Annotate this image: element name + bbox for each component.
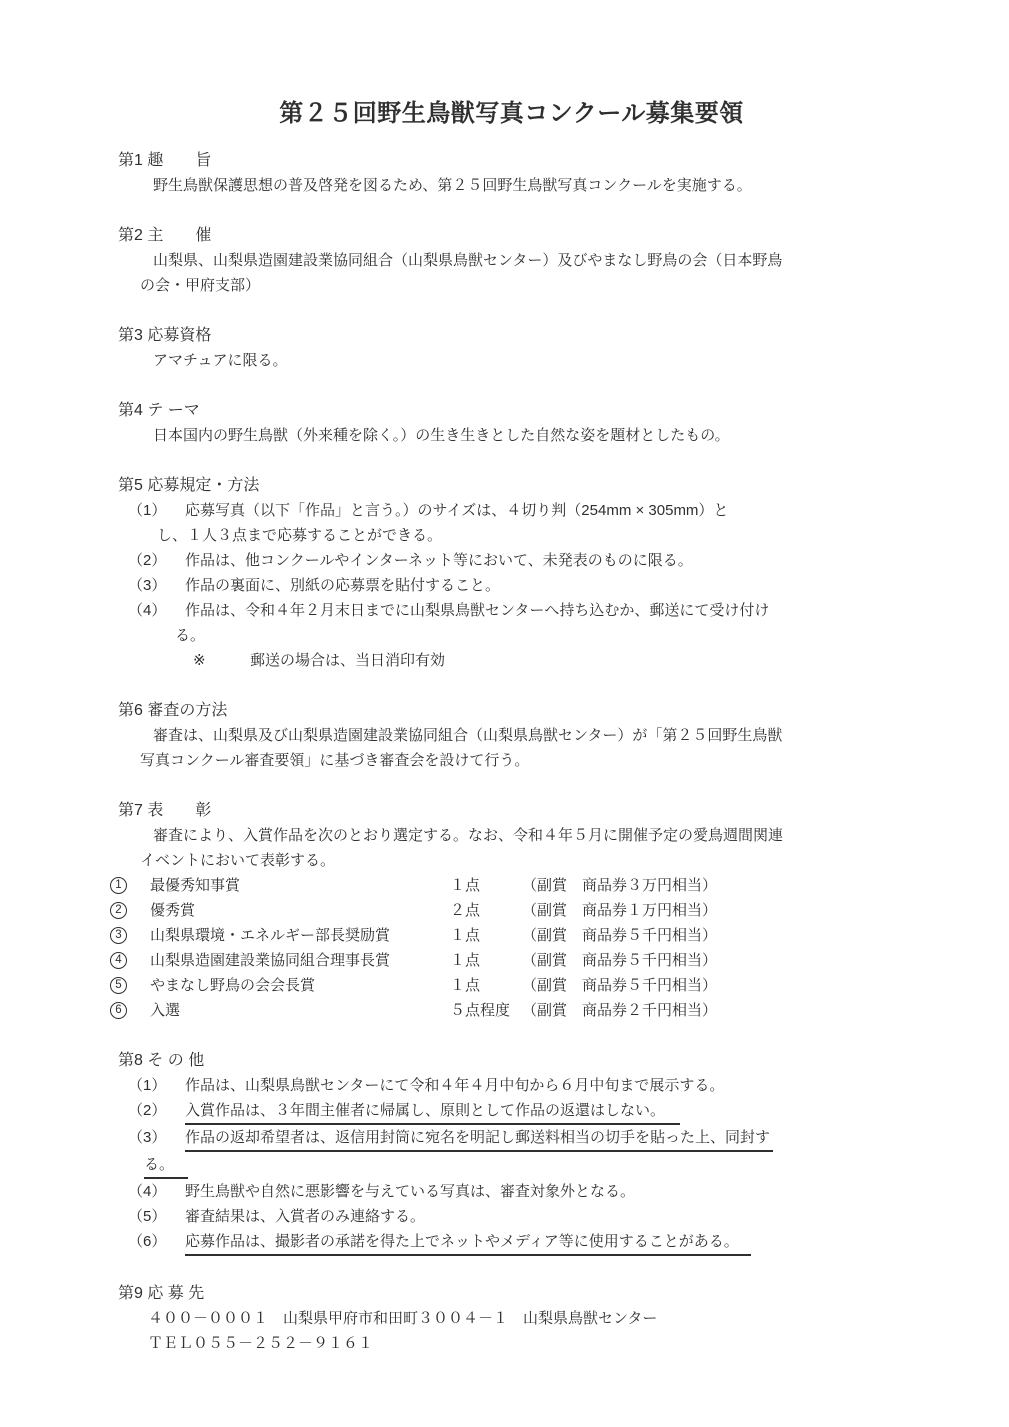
postal-address: ４００－０００１ 山梨県甲府市和田町３００４－１ 山梨県鳥獣センター [148, 1306, 905, 1331]
section-6-heading: 第6 審査の方法 [118, 698, 905, 723]
section-5-item-4: （4） 作品は、令和４年２月末日までに山梨県鳥獣センターへ持ち込むか、郵送にて受… [128, 598, 905, 623]
section-7-awards: 第7 表 彰 審査により、入賞作品を次のとおり選定する。なお、令和４年５月に開催… [118, 798, 905, 1023]
section-5-rules: 第5 応募規定・方法 （1） 応募写真（以下「作品」と言う。）のサイズは、４切り… [118, 473, 905, 673]
item-text-underlined: 応募作品は、撮影者の承諾を得た上でネットやメディア等に使用することがある。 [185, 1229, 751, 1256]
item-text-underlined: る。 [144, 1152, 188, 1179]
award-row: 5 やまなし野鳥の会会長賞 １点 （副賞 商品券５千円相当） [110, 973, 905, 998]
section-7-body-line-2: イベントにおいて表彰する。 [140, 848, 905, 873]
section-8-item-6: （6） 応募作品は、撮影者の承諾を得た上でネットやメディア等に使用することがある… [128, 1229, 905, 1256]
section-2-organizer: 第2 主 催 山梨県、山梨県造園建設業協同組合（山梨県鳥獣センター）及びやまなし… [118, 223, 905, 298]
circled-number-badge: 2 [110, 902, 127, 919]
section-7-body-line-1: 審査により、入賞作品を次のとおり選定する。なお、令和４年５月に開催予定の愛鳥週間… [153, 823, 905, 848]
award-name: 入選 [150, 998, 450, 1023]
section-7-heading: 第7 表 彰 [118, 798, 905, 823]
section-1-heading: 第1 趣 旨 [118, 148, 905, 173]
document-page: 第２５回野生鳥獣写真コンクール募集要領 第1 趣 旨 野生鳥獣保護思想の普及啓発… [0, 0, 1009, 1427]
section-5-item-1: （1） 応募写真（以下「作品」と言う。）のサイズは、４切り判（254mm × 3… [128, 498, 905, 523]
item-number-marker: （2） [128, 1098, 185, 1125]
award-row: 6 入選 ５点程度 （副賞 商品券２千円相当） [110, 998, 905, 1023]
award-count: ５点程度 [450, 998, 522, 1023]
item-number-marker: （2） [128, 548, 185, 573]
item-text: 作品は、令和４年２月末日までに山梨県鳥獣センターへ持ち込むか、郵送にて受け付け [185, 598, 769, 623]
section-6-body-line-1: 審査は、山梨県及び山梨県造園建設業協同組合（山梨県鳥獣センター）が「第２５回野生… [153, 723, 905, 748]
item-number-marker: （1） [128, 498, 185, 523]
award-row: 4 山梨県造園建設業協同組合理事長賞 １点 （副賞 商品券５千円相当） [110, 948, 905, 973]
award-name: 優秀賞 [150, 898, 450, 923]
page-title: 第２５回野生鳥獣写真コンクール募集要領 [118, 97, 905, 130]
circled-number-badge: 1 [110, 877, 127, 894]
section-4-theme: 第4 テ ーマ 日本国内の野生鳥獣（外来種を除く。）の生き生きとした自然な姿を題… [118, 398, 905, 448]
item-number-marker: （3） [128, 573, 185, 598]
section-8-item-1: （1） 作品は、山梨県鳥獣センターにて令和４年４月中旬から６月中旬まで展示する。 [128, 1073, 905, 1098]
award-count: １点 [450, 873, 522, 898]
section-1-body-line-1: 野生鳥獣保護思想の普及啓発を図るため、第２５回野生鳥獣写真コンクールを実施する。 [153, 173, 905, 198]
item-number-marker: （5） [128, 1204, 185, 1229]
section-4-body-line-1: 日本国内の野生鳥獣（外来種を除く。）の生き生きとした自然な姿を題材としたもの。 [153, 423, 905, 448]
section-3-body-line-1: アマチュアに限る。 [153, 348, 905, 373]
section-8-item-5: （5） 審査結果は、入賞者のみ連絡する。 [128, 1204, 905, 1229]
section-5-item-2: （2） 作品は、他コンクールやインターネット等において、未発表のものに限る。 [128, 548, 905, 573]
item-text: 作品の裏面に、別紙の応募票を貼付すること。 [185, 573, 500, 598]
award-prize: （副賞 商品券５千円相当） [522, 948, 905, 973]
section-8-heading: 第8 そ の 他 [118, 1048, 905, 1073]
award-count: １点 [450, 923, 522, 948]
item-text: 審査結果は、入賞者のみ連絡する。 [185, 1204, 425, 1229]
section-5-heading: 第5 応募規定・方法 [118, 473, 905, 498]
award-row: 3 山梨県環境・エネルギー部長奨励賞 １点 （副賞 商品券５千円相当） [110, 923, 905, 948]
item-number-marker: （6） [128, 1229, 185, 1256]
item-number-marker: （1） [128, 1073, 185, 1098]
award-name: 山梨県環境・エネルギー部長奨励賞 [150, 923, 450, 948]
item-text-underlined: 入賞作品は、３年間主催者に帰属し、原則として作品の返還はしない。 [185, 1098, 680, 1125]
section-4-heading: 第4 テ ーマ [118, 398, 905, 423]
section-8-item-3-continuation: る。 [144, 1152, 905, 1179]
circled-number-badge: 3 [110, 927, 127, 944]
award-count: １点 [450, 973, 522, 998]
item-text: 野生鳥獣や自然に悪影響を与えている写真は、審査対象外となる。 [185, 1179, 635, 1204]
section-3-eligibility: 第3 応募資格 アマチュアに限る。 [118, 323, 905, 373]
section-9-submission-address: 第9 応 募 先 ４００－０００１ 山梨県甲府市和田町３００４－１ 山梨県鳥獣セ… [118, 1281, 905, 1356]
section-5-item-3: （3） 作品の裏面に、別紙の応募票を貼付すること。 [128, 573, 905, 598]
section-2-body-line-1: 山梨県、山梨県造園建設業協同組合（山梨県鳥獣センター）及びやまなし野鳥の会（日本… [153, 248, 905, 273]
telephone-number: ＴＥＬ０５５－２５２－９１６１ [148, 1331, 905, 1356]
asterisk-note-icon: ※ [193, 648, 250, 673]
section-2-heading: 第2 主 催 [118, 223, 905, 248]
item-text: 作品は、他コンクールやインターネット等において、未発表のものに限る。 [185, 548, 693, 573]
award-count: ２点 [450, 898, 522, 923]
circled-number-badge: 6 [110, 1002, 127, 1019]
section-2-body-line-2: の会・甲府支部） [140, 273, 905, 298]
award-name: 最優秀知事賞 [150, 873, 450, 898]
circled-number-badge: 5 [110, 977, 127, 994]
award-row: 1 最優秀知事賞 １点 （副賞 商品券３万円相当） [110, 873, 905, 898]
section-6-judging: 第6 審査の方法 審査は、山梨県及び山梨県造園建設業協同組合（山梨県鳥獣センター… [118, 698, 905, 773]
award-prize: （副賞 商品券３万円相当） [522, 873, 905, 898]
section-8-item-2: （2） 入賞作品は、３年間主催者に帰属し、原則として作品の返還はしない。 [128, 1098, 905, 1125]
award-prize: （副賞 商品券５千円相当） [522, 973, 905, 998]
award-prize: （副賞 商品券２千円相当） [522, 998, 905, 1023]
section-6-body-line-2: 写真コンクール審査要領」に基づき審査会を設けて行う。 [140, 748, 905, 773]
item-number-marker: （3） [128, 1125, 185, 1152]
award-count: １点 [450, 948, 522, 973]
award-name: やまなし野鳥の会会長賞 [150, 973, 450, 998]
item-text-underlined: 作品の返却希望者は、返信用封筒に宛名を明記し郵送料相当の切手を貼った上、同封す [185, 1125, 773, 1152]
circled-number-badge: 4 [110, 952, 127, 969]
award-name: 山梨県造園建設業協同組合理事長賞 [150, 948, 450, 973]
section-5-note: ※ 郵送の場合は、当日消印有効 [193, 648, 905, 673]
section-8-item-4: （4） 野生鳥獣や自然に悪影響を与えている写真は、審査対象外となる。 [128, 1179, 905, 1204]
item-number-marker: （4） [128, 1179, 185, 1204]
section-8-other: 第8 そ の 他 （1） 作品は、山梨県鳥獣センターにて令和４年４月中旬から６月… [118, 1048, 905, 1256]
item-text: 応募写真（以下「作品」と言う。）のサイズは、４切り判（254mm × 305mm… [185, 498, 728, 523]
section-5-item-4-continuation: る。 [175, 623, 905, 648]
note-text: 郵送の場合は、当日消印有効 [250, 648, 445, 673]
section-3-heading: 第3 応募資格 [118, 323, 905, 348]
award-prize: （副賞 商品券５千円相当） [522, 923, 905, 948]
section-1-purpose: 第1 趣 旨 野生鳥獣保護思想の普及啓発を図るため、第２５回野生鳥獣写真コンクー… [118, 148, 905, 198]
item-number-marker: （4） [128, 598, 185, 623]
section-9-heading: 第9 応 募 先 [118, 1281, 905, 1306]
item-text: 作品は、山梨県鳥獣センターにて令和４年４月中旬から６月中旬まで展示する。 [185, 1073, 724, 1098]
section-5-item-1-continuation: し、１人３点まで応募することができる。 [157, 523, 905, 548]
award-row: 2 優秀賞 ２点 （副賞 商品券１万円相当） [110, 898, 905, 923]
section-8-item-3: （3） 作品の返却希望者は、返信用封筒に宛名を明記し郵送料相当の切手を貼った上、… [128, 1125, 905, 1152]
award-prize: （副賞 商品券１万円相当） [522, 898, 905, 923]
